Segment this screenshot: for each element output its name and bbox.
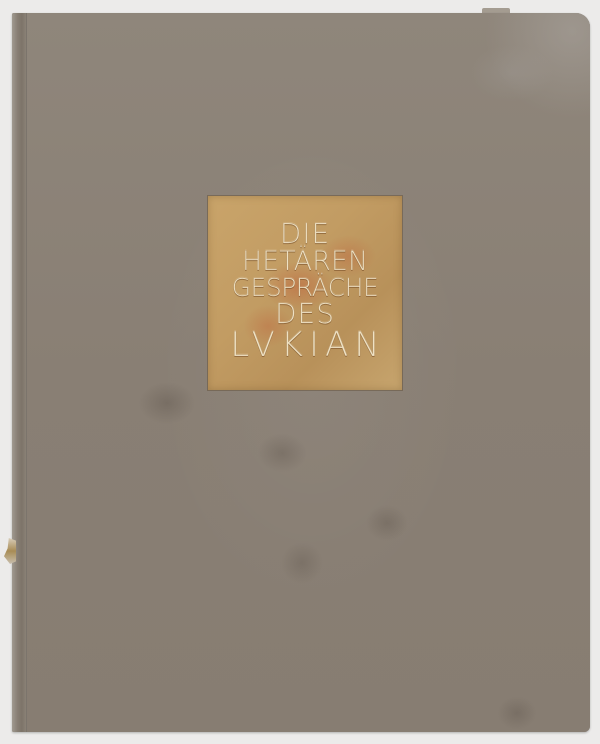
photo-scene: DIE HETÄREN GESPRÄCHE DES LVKIAN bbox=[0, 0, 600, 744]
title-line-4: DES bbox=[275, 300, 335, 328]
book-cover: DIE HETÄREN GESPRÄCHE DES LVKIAN bbox=[12, 13, 590, 732]
spine-edge bbox=[12, 13, 27, 732]
title-line-5: LVKIAN bbox=[230, 328, 385, 362]
title-line-2: HETÄREN bbox=[242, 248, 368, 275]
corner-wear bbox=[470, 13, 590, 133]
title-line-1: DIE bbox=[280, 220, 331, 248]
torn-spine-fragment bbox=[4, 538, 16, 564]
gold-title-label: DIE HETÄREN GESPRÄCHE DES LVKIAN bbox=[208, 196, 402, 390]
